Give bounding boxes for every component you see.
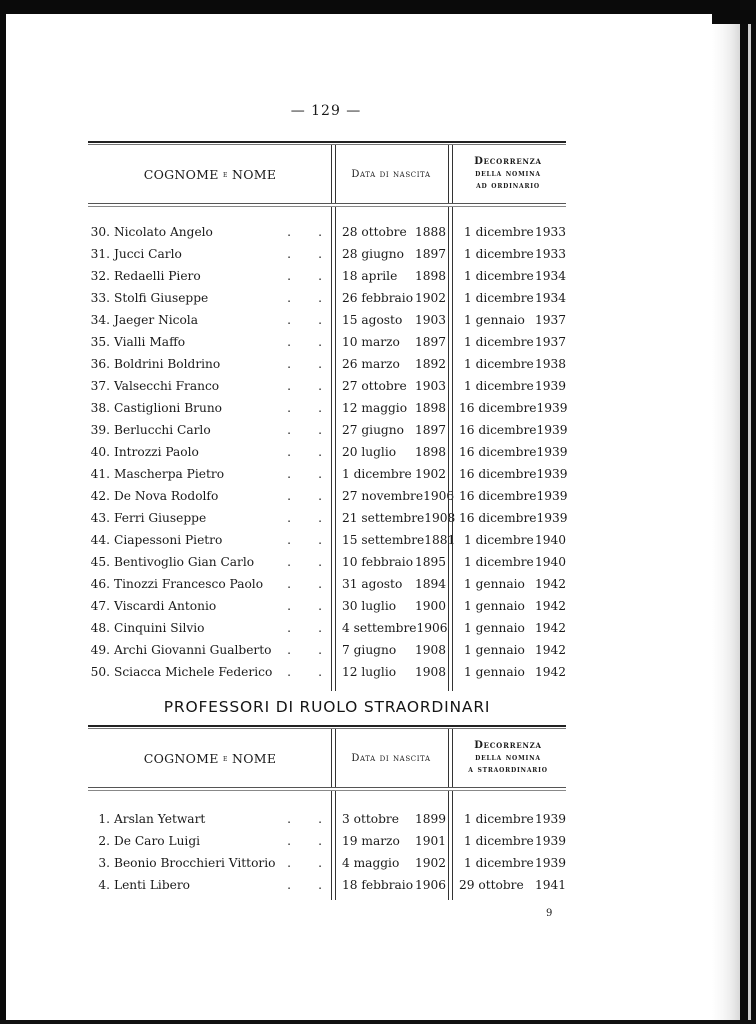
cell-name: 30.Nicolato Angelo. . <box>88 225 332 239</box>
nomination-year: 1939 <box>537 511 568 525</box>
row-number: 4. <box>88 878 110 892</box>
header-decorrenza: Decorrenza della nomina a straordinario <box>450 729 566 787</box>
table-row: 44.Ciapessoni Pietro. .15 settembre18811… <box>88 529 566 551</box>
cell-name: 1.Arslan Yetwart. . <box>88 812 332 826</box>
leader-dots: . . <box>287 291 322 305</box>
signature-mark: 9 <box>546 908 552 919</box>
birth-year: 1903 <box>415 379 446 393</box>
birth-year: 1900 <box>415 599 446 613</box>
leader-dots: . . <box>287 665 322 679</box>
birth-day-month: 12 maggio <box>342 401 407 415</box>
header-name-first: NOME <box>232 751 276 766</box>
cell-birth-date: 1 dicembre1902 <box>332 467 450 481</box>
leader-dots: . . <box>287 335 322 349</box>
cell-nomination-date: 16 dicembre1939 <box>450 401 566 415</box>
person-name: De Nova Rodolfo <box>114 489 218 503</box>
birth-year: 1908 <box>415 643 446 657</box>
row-number: 42. <box>88 489 110 503</box>
birth-day-month: 21 settembre <box>342 511 424 525</box>
birth-year: 1898 <box>415 401 446 415</box>
row-number: 46. <box>88 577 110 591</box>
nomination-day-month: 1 gennaio <box>464 313 525 327</box>
section-title-straordinari: PROFESSORI DI RUOLO STRAORDINARI <box>88 698 566 716</box>
cell-nomination-date: 1 dicembre1937 <box>450 335 566 349</box>
table-row: 38.Castiglioni Bruno. .12 maggio189816 d… <box>88 397 566 419</box>
nomination-day-month: 1 gennaio <box>464 665 525 679</box>
nomination-year: 1934 <box>535 291 566 305</box>
nomination-year: 1942 <box>535 599 566 613</box>
person-name: Boldrini Boldrino <box>114 357 220 371</box>
header-decorrenza-line-3: ad ordinario <box>474 180 542 192</box>
nomination-day-month: 1 dicembre <box>464 247 534 261</box>
scan-page-edge-right <box>712 10 740 1024</box>
cell-birth-date: 7 giugno1908 <box>332 643 450 657</box>
nomination-day-month: 16 dicembre <box>459 511 537 525</box>
birth-day-month: 26 febbraio <box>342 291 413 305</box>
cell-birth-date: 18 febbraio1906 <box>332 878 450 892</box>
cell-nomination-date: 1 dicembre1933 <box>450 225 566 239</box>
cell-nomination-date: 1 dicembre1939 <box>450 379 566 393</box>
cell-name: 40.Introzzi Paolo. . <box>88 445 332 459</box>
birth-day-month: 15 settembre <box>342 533 424 547</box>
row-number: 41. <box>88 467 110 481</box>
cell-birth-date: 10 febbraio1895 <box>332 555 450 569</box>
nomination-year: 1939 <box>535 379 566 393</box>
header-name: COGNOME e NOME <box>88 729 332 787</box>
scan-border-top-right <box>712 10 756 24</box>
nomination-day-month: 1 dicembre <box>464 357 534 371</box>
cell-nomination-date: 1 gennaio1942 <box>450 599 566 613</box>
birth-year: 1902 <box>415 291 446 305</box>
nomination-year: 1942 <box>535 665 566 679</box>
cell-birth-date: 15 settembre1881 <box>332 533 450 547</box>
cell-birth-date: 3 ottobre1899 <box>332 812 450 826</box>
person-name: Viscardi Antonio <box>114 599 216 613</box>
row-number: 35. <box>88 335 110 349</box>
leader-dots: . . <box>287 379 322 393</box>
person-name: Beonio Brocchieri Vittorio <box>114 856 275 870</box>
birth-year: 1898 <box>415 269 446 283</box>
nomination-year: 1937 <box>535 335 566 349</box>
table-row: 32.Redaelli Piero. .18 aprile18981 dicem… <box>88 265 566 287</box>
person-name: Lenti Libero <box>114 878 190 892</box>
leader-dots: . . <box>287 269 322 283</box>
nomination-day-month: 1 dicembre <box>464 269 534 283</box>
table-row: 30.Nicolato Angelo. .28 ottobre18881 dic… <box>88 221 566 243</box>
header-name: COGNOME e NOME <box>88 145 332 203</box>
row-number: 33. <box>88 291 110 305</box>
nomination-day-month: 16 dicembre <box>459 467 537 481</box>
leader-dots: . . <box>287 445 322 459</box>
cell-birth-date: 15 agosto1903 <box>332 313 450 327</box>
nomination-year: 1942 <box>535 577 566 591</box>
table-row: 42.De Nova Rodolfo. .27 novembre190616 d… <box>88 485 566 507</box>
cell-birth-date: 27 giugno1897 <box>332 423 450 437</box>
header-decorrenza-line-2: della nomina <box>474 168 542 180</box>
nomination-day-month: 1 dicembre <box>464 834 534 848</box>
row-number: 3. <box>88 856 110 870</box>
cell-nomination-date: 1 dicembre1933 <box>450 247 566 261</box>
nomination-day-month: 1 dicembre <box>464 856 534 870</box>
cell-nomination-date: 1 gennaio1942 <box>450 665 566 679</box>
cell-nomination-date: 1 dicembre1939 <box>450 856 566 870</box>
cell-nomination-date: 1 dicembre1934 <box>450 291 566 305</box>
person-name: De Caro Luigi <box>114 834 200 848</box>
birth-day-month: 18 aprile <box>342 269 397 283</box>
row-number: 39. <box>88 423 110 437</box>
birth-day-month: 4 settembre <box>342 621 417 635</box>
birth-day-month: 26 marzo <box>342 357 400 371</box>
person-name: Ferri Giuseppe <box>114 511 206 525</box>
column-divider <box>331 729 336 787</box>
row-number: 30. <box>88 225 110 239</box>
cell-name: 38.Castiglioni Bruno. . <box>88 401 332 415</box>
cell-nomination-date: 1 dicembre1939 <box>450 812 566 826</box>
cell-birth-date: 30 luglio1900 <box>332 599 450 613</box>
birth-day-month: 27 novembre <box>342 489 423 503</box>
cell-nomination-date: 16 dicembre1939 <box>450 445 566 459</box>
cell-name: 31.Jucci Carlo. . <box>88 247 332 261</box>
person-name: Sciacca Michele Federico <box>114 665 272 679</box>
row-number: 40. <box>88 445 110 459</box>
nomination-day-month: 16 dicembre <box>459 489 537 503</box>
birth-day-month: 10 marzo <box>342 335 400 349</box>
row-number: 50. <box>88 665 110 679</box>
cell-birth-date: 26 marzo1892 <box>332 357 450 371</box>
nomination-day-month: 1 gennaio <box>464 599 525 613</box>
leader-dots: . . <box>287 577 322 591</box>
table-row: 1.Arslan Yetwart. .3 ottobre18991 dicemb… <box>88 808 566 830</box>
row-number: 43. <box>88 511 110 525</box>
leader-dots: . . <box>287 621 322 635</box>
cell-name: 3.Beonio Brocchieri Vittorio. . <box>88 856 332 870</box>
nomination-day-month: 1 dicembre <box>464 291 534 305</box>
table-header: COGNOME e NOME Data di nascita Decorrenz… <box>88 729 566 787</box>
birth-year: 1901 <box>415 834 446 848</box>
birth-year: 1898 <box>415 445 446 459</box>
nomination-day-month: 1 dicembre <box>464 225 534 239</box>
table-body: 30.Nicolato Angelo. .28 ottobre18881 dic… <box>88 207 566 691</box>
birth-day-month: 10 febbraio <box>342 555 413 569</box>
header-birth-date: Data di nascita <box>332 145 450 203</box>
cell-name: 33.Stolfi Giuseppe. . <box>88 291 332 305</box>
cell-nomination-date: 16 dicembre1939 <box>450 511 566 525</box>
table-row: 50.Sciacca Michele Federico. .12 luglio1… <box>88 661 566 683</box>
person-name: Cinquini Silvio <box>114 621 205 635</box>
cell-name: 34.Jaeger Nicola. . <box>88 313 332 327</box>
header-birth-date: Data di nascita <box>332 729 450 787</box>
leader-dots: . . <box>287 467 322 481</box>
column-divider <box>448 791 453 900</box>
nomination-year: 1938 <box>535 357 566 371</box>
cell-birth-date: 12 luglio1908 <box>332 665 450 679</box>
cell-name: 50.Sciacca Michele Federico. . <box>88 665 332 679</box>
table-row: 4.Lenti Libero. .18 febbraio190629 ottob… <box>88 874 566 896</box>
column-divider <box>448 207 453 691</box>
leader-dots: . . <box>287 313 322 327</box>
row-number: 48. <box>88 621 110 635</box>
person-name: Jaeger Nicola <box>114 313 198 327</box>
nomination-year: 1939 <box>537 489 568 503</box>
leader-dots: . . <box>287 643 322 657</box>
row-number: 37. <box>88 379 110 393</box>
person-name: Valsecchi Franco <box>114 379 219 393</box>
leader-dots: . . <box>287 357 322 371</box>
nomination-year: 1939 <box>535 812 566 826</box>
leader-dots: . . <box>287 489 322 503</box>
cell-name: 4.Lenti Libero. . <box>88 878 332 892</box>
birth-year: 1906 <box>417 621 448 635</box>
cell-name: 32.Redaelli Piero. . <box>88 269 332 283</box>
table-row: 3.Beonio Brocchieri Vittorio. .4 maggio1… <box>88 852 566 874</box>
cell-birth-date: 26 febbraio1902 <box>332 291 450 305</box>
nomination-day-month: 16 dicembre <box>459 423 537 437</box>
nomination-day-month: 1 dicembre <box>464 379 534 393</box>
header-name-conj: e <box>223 754 228 763</box>
cell-name: 45.Bentivoglio Gian Carlo. . <box>88 555 332 569</box>
nomination-day-month: 1 dicembre <box>464 533 534 547</box>
birth-day-month: 20 luglio <box>342 445 396 459</box>
cell-nomination-date: 1 gennaio1937 <box>450 313 566 327</box>
cell-name: 2.De Caro Luigi. . <box>88 834 332 848</box>
person-name: Berlucchi Carlo <box>114 423 211 437</box>
leader-dots: . . <box>287 401 322 415</box>
cell-birth-date: 18 aprile1898 <box>332 269 450 283</box>
nomination-year: 1939 <box>537 401 568 415</box>
person-name: Redaelli Piero <box>114 269 201 283</box>
birth-year: 1902 <box>415 467 446 481</box>
table-row: 45.Bentivoglio Gian Carlo. .10 febbraio1… <box>88 551 566 573</box>
nomination-year: 1942 <box>535 643 566 657</box>
leader-dots: . . <box>287 225 322 239</box>
table-row: 35.Vialli Maffo. .10 marzo18971 dicembre… <box>88 331 566 353</box>
cell-nomination-date: 1 dicembre1939 <box>450 834 566 848</box>
cell-nomination-date: 1 gennaio1942 <box>450 577 566 591</box>
header-name-first: NOME <box>232 167 276 182</box>
birth-day-month: 1 dicembre <box>342 467 412 481</box>
row-number: 32. <box>88 269 110 283</box>
person-name: Ciapessoni Pietro <box>114 533 222 547</box>
nomination-year: 1939 <box>535 834 566 848</box>
birth-day-month: 4 maggio <box>342 856 399 870</box>
cell-nomination-date: 16 dicembre1939 <box>450 423 566 437</box>
cell-birth-date: 4 settembre1906 <box>332 621 450 635</box>
cell-birth-date: 28 giugno1897 <box>332 247 450 261</box>
cell-name: 42.De Nova Rodolfo. . <box>88 489 332 503</box>
nomination-year: 1941 <box>535 878 566 892</box>
cell-nomination-date: 1 gennaio1942 <box>450 621 566 635</box>
nomination-day-month: 1 gennaio <box>464 621 525 635</box>
row-number: 2. <box>88 834 110 848</box>
cell-birth-date: 27 novembre1906 <box>332 489 450 503</box>
column-divider <box>448 729 453 787</box>
column-divider <box>331 145 336 203</box>
birth-year: 1899 <box>415 812 446 826</box>
nomination-year: 1933 <box>535 225 566 239</box>
row-number: 45. <box>88 555 110 569</box>
birth-year: 1897 <box>415 247 446 261</box>
birth-year: 1906 <box>415 878 446 892</box>
row-number: 36. <box>88 357 110 371</box>
cell-name: 36.Boldrini Boldrino. . <box>88 357 332 371</box>
table-row: 31.Jucci Carlo. .28 giugno18971 dicembre… <box>88 243 566 265</box>
cell-name: 47.Viscardi Antonio. . <box>88 599 332 613</box>
ordinari-table: COGNOME e NOME Data di nascita Decorrenz… <box>88 141 566 691</box>
table-row: 43.Ferri Giuseppe. .21 settembre190816 d… <box>88 507 566 529</box>
cell-nomination-date: 29 ottobre1941 <box>450 878 566 892</box>
scan-border-right-gap <box>748 10 751 1024</box>
cell-name: 37.Valsecchi Franco. . <box>88 379 332 393</box>
table-row: 47.Viscardi Antonio. .30 luglio19001 gen… <box>88 595 566 617</box>
nomination-day-month: 16 dicembre <box>459 445 537 459</box>
nomination-year: 1937 <box>535 313 566 327</box>
person-name: Mascherpa Pietro <box>114 467 224 481</box>
table-row: 40.Introzzi Paolo. .20 luglio189816 dice… <box>88 441 566 463</box>
header-name-surname: COGNOME <box>144 167 219 182</box>
cell-birth-date: 12 maggio1898 <box>332 401 450 415</box>
table-row: 2.De Caro Luigi. .19 marzo19011 dicembre… <box>88 830 566 852</box>
leader-dots: . . <box>287 423 322 437</box>
row-number: 38. <box>88 401 110 415</box>
cell-nomination-date: 1 dicembre1938 <box>450 357 566 371</box>
birth-year: 1894 <box>415 577 446 591</box>
cell-birth-date: 31 agosto1894 <box>332 577 450 591</box>
header-name-conj: e <box>223 170 228 179</box>
leader-dots: . . <box>287 247 322 261</box>
birth-day-month: 7 giugno <box>342 643 396 657</box>
person-name: Introzzi Paolo <box>114 445 199 459</box>
birth-year: 1892 <box>415 357 446 371</box>
birth-day-month: 28 giugno <box>342 247 404 261</box>
person-name: Arslan Yetwart <box>114 812 205 826</box>
leader-dots: . . <box>287 599 322 613</box>
table-row: 33.Stolfi Giuseppe. .26 febbraio19021 di… <box>88 287 566 309</box>
table-header: COGNOME e NOME Data di nascita Decorrenz… <box>88 145 566 203</box>
cell-nomination-date: 1 gennaio1942 <box>450 643 566 657</box>
leader-dots: . . <box>287 533 322 547</box>
birth-day-month: 27 giugno <box>342 423 404 437</box>
table-row: 48.Cinquini Silvio. .4 settembre19061 ge… <box>88 617 566 639</box>
birth-day-month: 30 luglio <box>342 599 396 613</box>
leader-dots: . . <box>287 555 322 569</box>
row-number: 31. <box>88 247 110 261</box>
cell-name: 48.Cinquini Silvio. . <box>88 621 332 635</box>
cell-nomination-date: 1 dicembre1940 <box>450 533 566 547</box>
cell-nomination-date: 16 dicembre1939 <box>450 489 566 503</box>
leader-dots: . . <box>287 878 322 892</box>
cell-name: 46.Tinozzi Francesco Paolo. . <box>88 577 332 591</box>
header-decorrenza-line-1: Decorrenza <box>468 740 547 752</box>
cell-name: 41.Mascherpa Pietro. . <box>88 467 332 481</box>
leader-dots: . . <box>287 511 322 525</box>
nomination-day-month: 1 gennaio <box>464 577 525 591</box>
birth-day-month: 18 febbraio <box>342 878 413 892</box>
cell-nomination-date: 16 dicembre1939 <box>450 467 566 481</box>
scan-border-bottom <box>0 1020 756 1024</box>
cell-nomination-date: 1 dicembre1934 <box>450 269 566 283</box>
birth-day-month: 15 agosto <box>342 313 402 327</box>
table-row: 39.Berlucchi Carlo. .27 giugno189716 dic… <box>88 419 566 441</box>
header-decorrenza-line-3: a straordinario <box>468 764 547 776</box>
birth-year: 1903 <box>415 313 446 327</box>
table-row: 46.Tinozzi Francesco Paolo. .31 agosto18… <box>88 573 566 595</box>
birth-day-month: 31 agosto <box>342 577 402 591</box>
table-row: 49.Archi Giovanni Gualberto. .7 giugno19… <box>88 639 566 661</box>
row-number: 49. <box>88 643 110 657</box>
table-row: 36.Boldrini Boldrino. .26 marzo18921 dic… <box>88 353 566 375</box>
person-name: Jucci Carlo <box>114 247 182 261</box>
cell-birth-date: 4 maggio1902 <box>332 856 450 870</box>
table-row: 41.Mascherpa Pietro. .1 dicembre190216 d… <box>88 463 566 485</box>
cell-birth-date: 21 settembre1908 <box>332 511 450 525</box>
nomination-day-month: 29 ottobre <box>459 878 524 892</box>
nomination-year: 1934 <box>535 269 566 283</box>
row-number: 47. <box>88 599 110 613</box>
birth-year: 1908 <box>415 665 446 679</box>
cell-name: 44.Ciapessoni Pietro. . <box>88 533 332 547</box>
nomination-year: 1933 <box>535 247 566 261</box>
nomination-year: 1939 <box>537 423 568 437</box>
nomination-year: 1939 <box>537 445 568 459</box>
person-name: Bentivoglio Gian Carlo <box>114 555 254 569</box>
header-decorrenza-line-2: della nomina <box>468 752 547 764</box>
nomination-year: 1942 <box>535 621 566 635</box>
straordinari-table: COGNOME e NOME Data di nascita Decorrenz… <box>88 725 566 900</box>
cell-birth-date: 20 luglio1898 <box>332 445 450 459</box>
nomination-year: 1940 <box>535 533 566 547</box>
birth-day-month: 12 luglio <box>342 665 396 679</box>
birth-year: 1895 <box>415 555 446 569</box>
birth-year: 1897 <box>415 335 446 349</box>
birth-day-month: 27 ottobre <box>342 379 407 393</box>
cell-birth-date: 28 ottobre1888 <box>332 225 450 239</box>
nomination-day-month: 1 gennaio <box>464 643 525 657</box>
row-number: 44. <box>88 533 110 547</box>
birth-year: 1897 <box>415 423 446 437</box>
column-divider <box>448 145 453 203</box>
birth-day-month: 28 ottobre <box>342 225 407 239</box>
birth-day-month: 3 ottobre <box>342 812 399 826</box>
cell-name: 49.Archi Giovanni Gualberto. . <box>88 643 332 657</box>
table-row: 34.Jaeger Nicola. .15 agosto19031 gennai… <box>88 309 566 331</box>
birth-year: 1888 <box>415 225 446 239</box>
leader-dots: . . <box>287 834 322 848</box>
cell-name: 39.Berlucchi Carlo. . <box>88 423 332 437</box>
header-name-surname: COGNOME <box>144 751 219 766</box>
person-name: Tinozzi Francesco Paolo <box>114 577 263 591</box>
nomination-day-month: 1 dicembre <box>464 335 534 349</box>
birth-year: 1902 <box>415 856 446 870</box>
person-name: Archi Giovanni Gualberto <box>114 643 272 657</box>
table-row: 37.Valsecchi Franco. .27 ottobre19031 di… <box>88 375 566 397</box>
table-body: 1.Arslan Yetwart. .3 ottobre18991 dicemb… <box>88 791 566 900</box>
cell-birth-date: 27 ottobre1903 <box>332 379 450 393</box>
cell-birth-date: 10 marzo1897 <box>332 335 450 349</box>
nomination-day-month: 16 dicembre <box>459 401 537 415</box>
nomination-year: 1940 <box>535 555 566 569</box>
birth-day-month: 19 marzo <box>342 834 400 848</box>
cell-name: 35.Vialli Maffo. . <box>88 335 332 349</box>
cell-birth-date: 19 marzo1901 <box>332 834 450 848</box>
cell-name: 43.Ferri Giuseppe. . <box>88 511 332 525</box>
leader-dots: . . <box>287 812 322 826</box>
person-name: Castiglioni Bruno <box>114 401 222 415</box>
nomination-year: 1939 <box>535 856 566 870</box>
scan-border-top <box>0 0 756 14</box>
person-name: Nicolato Angelo <box>114 225 213 239</box>
scan-border-left <box>0 0 6 1024</box>
page-number: — 129 — <box>0 103 652 119</box>
